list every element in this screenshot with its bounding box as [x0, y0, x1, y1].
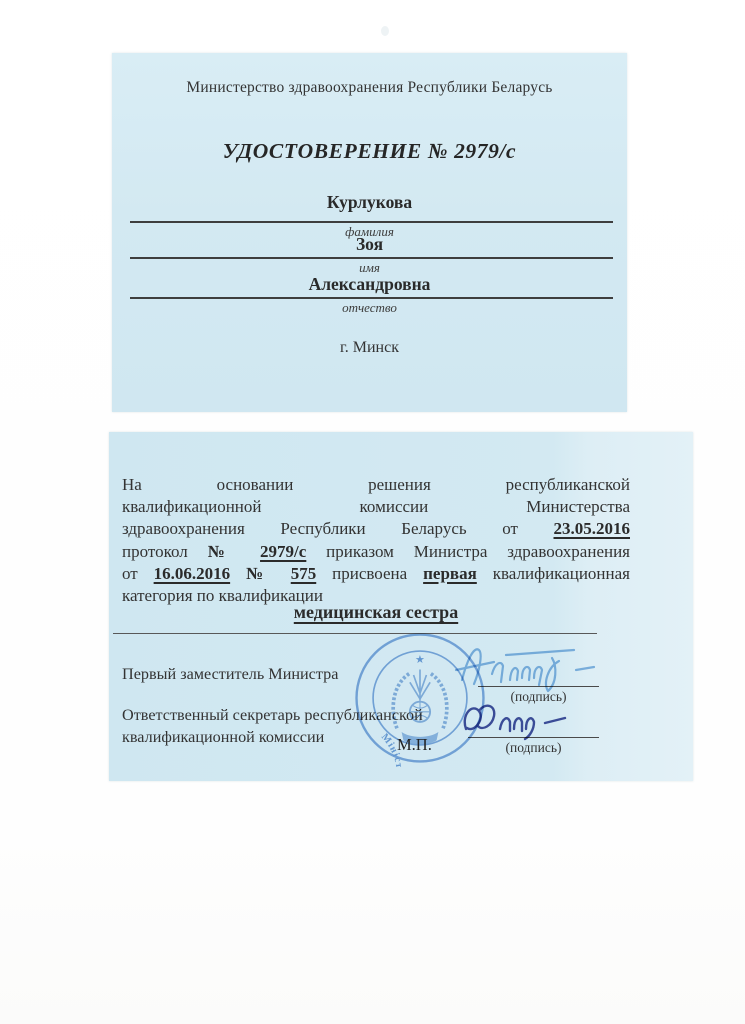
patronymic-line: [130, 297, 613, 299]
paragraph-segment: квалификационной комиссии Министерства: [122, 497, 630, 516]
paragraph-line: от 16.06.2016 № 575 присвоена первая ква…: [122, 563, 630, 585]
coat-of-arms-icon: [393, 669, 447, 744]
paragraph-line: квалификационной комиссии Министерства: [122, 496, 630, 518]
firstname-value: Зоя: [112, 234, 627, 255]
paragraph-segment: [240, 542, 260, 561]
qualification-value: медицинская сестра: [122, 602, 630, 623]
handwritten-signature-1: [454, 638, 614, 694]
paragraph-segment: [230, 564, 246, 583]
decree-paragraph: На основании решения республиканскойквал…: [122, 474, 630, 607]
surname-value: Курлукова: [112, 192, 627, 213]
certificate-front-card: Министерство здравоохранения Республики …: [112, 53, 627, 412]
paragraph-segment: здравоохранения Республики Беларусь от: [122, 519, 554, 538]
patronymic-value: Александровна: [112, 274, 627, 295]
scan-background: Министерство здравоохранения Республики …: [0, 0, 745, 1024]
paragraph-segment: первая: [423, 564, 477, 583]
city-line: г. Минск: [112, 339, 627, 357]
paragraph-segment: №: [246, 564, 275, 583]
certificate-back-card: На основании решения республиканскойквал…: [109, 432, 693, 781]
paragraph-segment: от: [122, 564, 154, 583]
paragraph-segment: протокол: [122, 542, 208, 561]
paragraph-segment: присвоена: [316, 564, 423, 583]
stamp-place-abbr: М.П.: [397, 735, 432, 755]
paragraph-segment: квалификационная: [477, 564, 630, 583]
paragraph-segment: 16.06.2016: [154, 564, 231, 583]
patronymic-label: отчество: [112, 300, 627, 316]
paragraph-line: протокол № 2979/с приказом Министра здра…: [122, 541, 630, 563]
certificate-title: УДОСТОВЕРЕНИЕ № 2979/с: [112, 139, 627, 164]
paragraph-line: здравоохранения Республики Беларусь от 2…: [122, 518, 630, 540]
paragraph-segment: На основании решения республиканской: [122, 475, 630, 494]
paragraph-segment: [275, 564, 291, 583]
seal-star-icon: ★: [415, 654, 425, 666]
firstname-line: [130, 257, 613, 259]
paragraph-segment: №: [208, 542, 241, 561]
ministry-name: Министерство здравоохранения Республики …: [112, 79, 627, 97]
paragraph-segment: приказом Министра здравоохранения: [306, 542, 630, 561]
paragraph-segment: 23.05.2016: [554, 519, 631, 538]
paragraph-line: На основании решения республиканской: [122, 474, 630, 496]
surname-line: [130, 221, 613, 223]
scan-artifact: [381, 26, 389, 36]
handwritten-signature-2: [459, 698, 581, 742]
paragraph-segment: 575: [291, 564, 317, 583]
paragraph-segment: 2979/с: [260, 542, 306, 561]
